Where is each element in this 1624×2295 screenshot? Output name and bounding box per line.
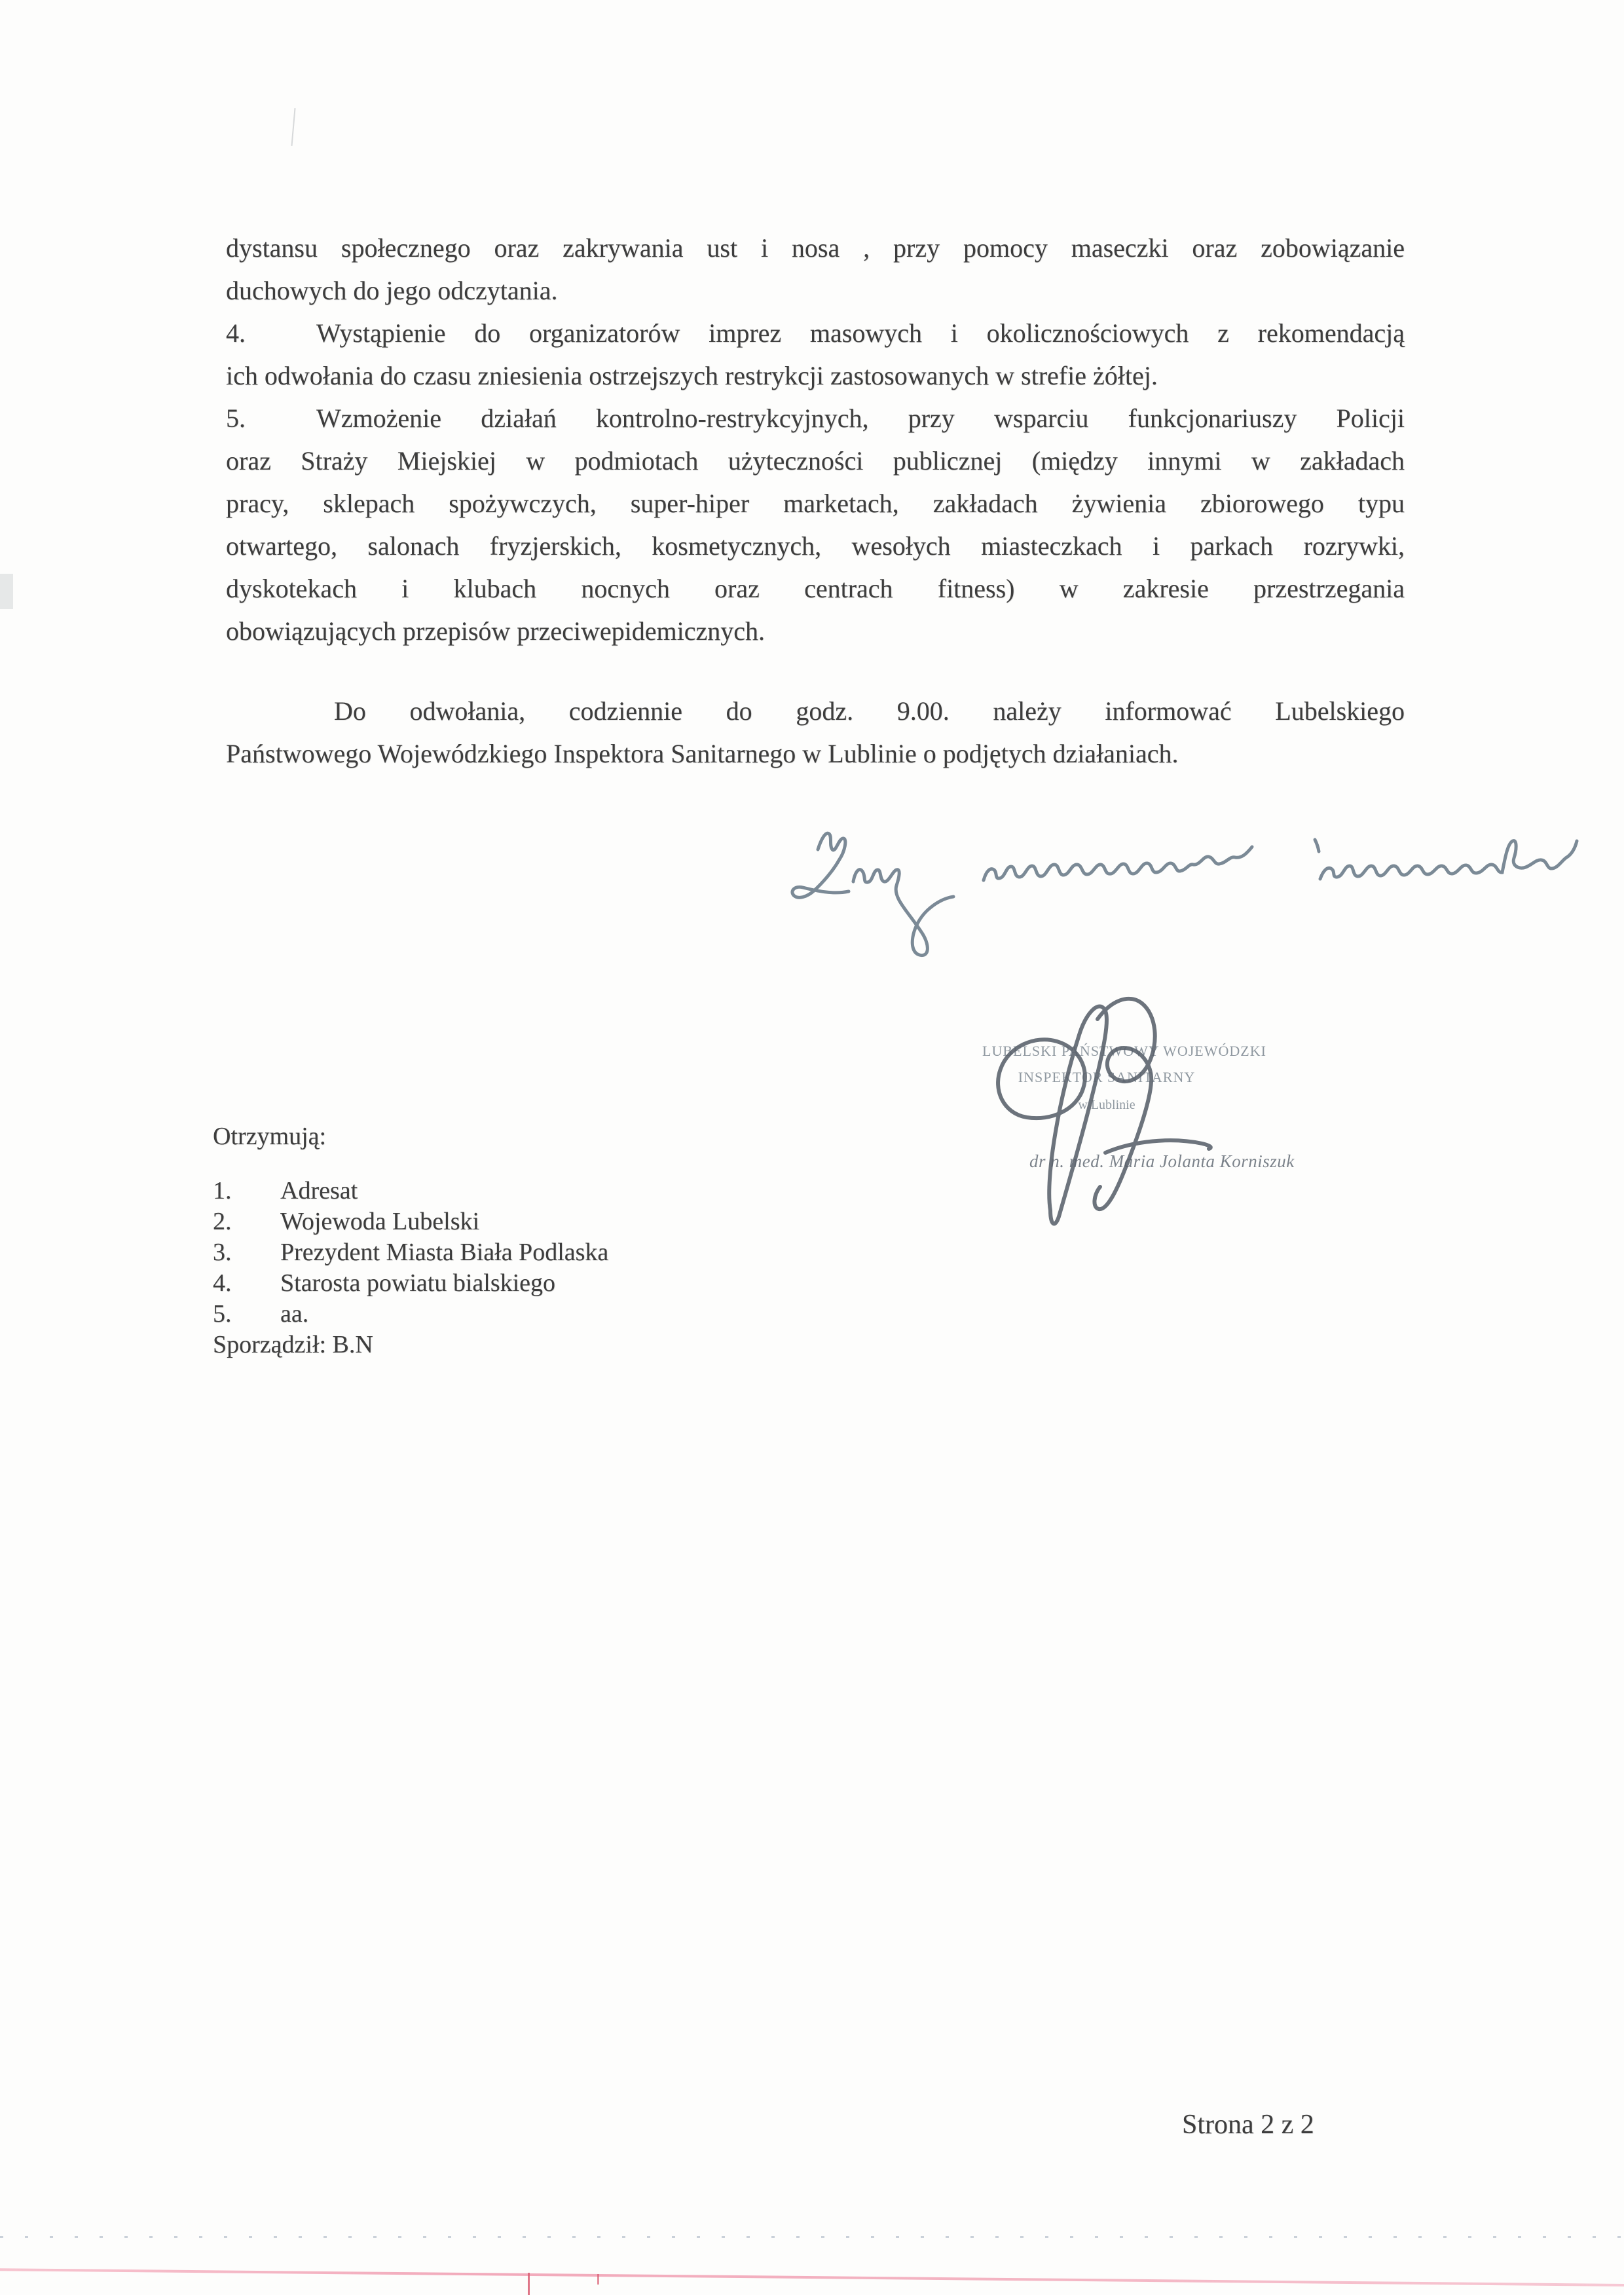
body-line: duchowych do jego odczytania. bbox=[226, 269, 1405, 312]
handwritten-word-wyrazami-end bbox=[984, 847, 1252, 880]
scan-artifact-scratch bbox=[291, 108, 295, 146]
scan-artifact-red-tick bbox=[597, 2274, 599, 2285]
scan-artifact-red-tick bbox=[528, 2273, 530, 2295]
scan-artifact-pink-line bbox=[0, 2268, 1624, 2287]
handwritten-word-wyrazami-start bbox=[853, 870, 953, 956]
body-line: Do odwołania, codziennie do godz. 9.00. … bbox=[226, 690, 1405, 732]
page-number: Strona 2 z 2 bbox=[1182, 2109, 1314, 2140]
scan-artifact-edge-smudge bbox=[0, 574, 13, 609]
body-line: dystansu społecznego oraz zakrywania ust… bbox=[226, 227, 1405, 269]
recipient-label: Adresat bbox=[280, 1177, 358, 1204]
body-line-numbered: 4.Wystąpienie do organizatorów imprez ma… bbox=[226, 312, 1405, 354]
body-line: dyskotekach i klubach nocnych oraz centr… bbox=[226, 567, 1405, 610]
recipient-label: Prezydent Miasta Biała Podlaska bbox=[280, 1239, 608, 1266]
scan-artifact-dotted-line bbox=[0, 2236, 1624, 2238]
recipient-label: Wojewoda Lubelski bbox=[280, 1208, 479, 1235]
recipient-row: 3.Prezydent Miasta Biała Podlaska bbox=[213, 1237, 802, 1268]
recipients-heading: Otrzymują: bbox=[213, 1121, 802, 1152]
body-line: ich odwołania do czasu zniesienia ostrze… bbox=[226, 354, 1405, 397]
handwritten-word-szacunku bbox=[1320, 841, 1577, 879]
body-line: pracy, sklepach spożywczych, super-hiper… bbox=[226, 482, 1405, 525]
body-line: oraz Straży Miejskiej w podmiotach użyte… bbox=[226, 439, 1405, 482]
handwritten-z-flourish bbox=[792, 833, 849, 897]
stamp-line-3: w Lublinie bbox=[982, 1096, 1231, 1113]
recipient-label: aa. bbox=[280, 1300, 308, 1328]
recipient-number: 5. bbox=[213, 1299, 280, 1330]
recipient-row: 2.Wojewoda Lubelski bbox=[213, 1206, 802, 1237]
handwritten-accent-tick bbox=[1315, 840, 1319, 851]
body-line: otwartego, salonach fryzjerskich, kosmet… bbox=[226, 525, 1405, 567]
recipient-row: 5.aa. bbox=[213, 1299, 802, 1330]
list-number: 5. bbox=[226, 397, 316, 439]
stamp-line-2: INSPEKTOR SANITARNY bbox=[982, 1069, 1231, 1086]
body-line: Państwowego Wojewódzkiego Inspektora San… bbox=[226, 732, 1405, 775]
signature-tall-loop bbox=[1049, 1006, 1107, 1223]
scanned-letter-page: dystansu społecznego oraz zakrywania ust… bbox=[0, 0, 1624, 2295]
recipient-number: 4. bbox=[213, 1268, 280, 1299]
stamp-signer-name: dr n. med. Maria Jolanta Korniszuk bbox=[1029, 1151, 1295, 1172]
stamp-line-1: LUBELSKI PAŃSTWOWY WOJEWÓDZKI bbox=[982, 1043, 1231, 1060]
recipient-label: Starosta powiatu bialskiego bbox=[280, 1269, 555, 1297]
recipients-block: Otrzymują: 1.Adresat 2.Wojewoda Lubelski… bbox=[213, 1121, 802, 1360]
letter-body: dystansu społecznego oraz zakrywania ust… bbox=[226, 227, 1405, 775]
recipient-row: 1.Adresat bbox=[213, 1176, 802, 1206]
recipient-number: 2. bbox=[213, 1206, 280, 1237]
body-line-numbered: 5.Wzmożenie działań kontrolno-restrykcyj… bbox=[226, 397, 1405, 439]
body-line: obowiązujących przepisów przeciwepidemic… bbox=[226, 610, 1405, 652]
list-number: 4. bbox=[226, 312, 316, 354]
prepared-by-line: Sporządził: B.N bbox=[213, 1330, 802, 1360]
recipient-number: 1. bbox=[213, 1176, 280, 1206]
recipient-row: 4.Starosta powiatu bialskiego bbox=[213, 1268, 802, 1299]
recipient-number: 3. bbox=[213, 1237, 280, 1268]
